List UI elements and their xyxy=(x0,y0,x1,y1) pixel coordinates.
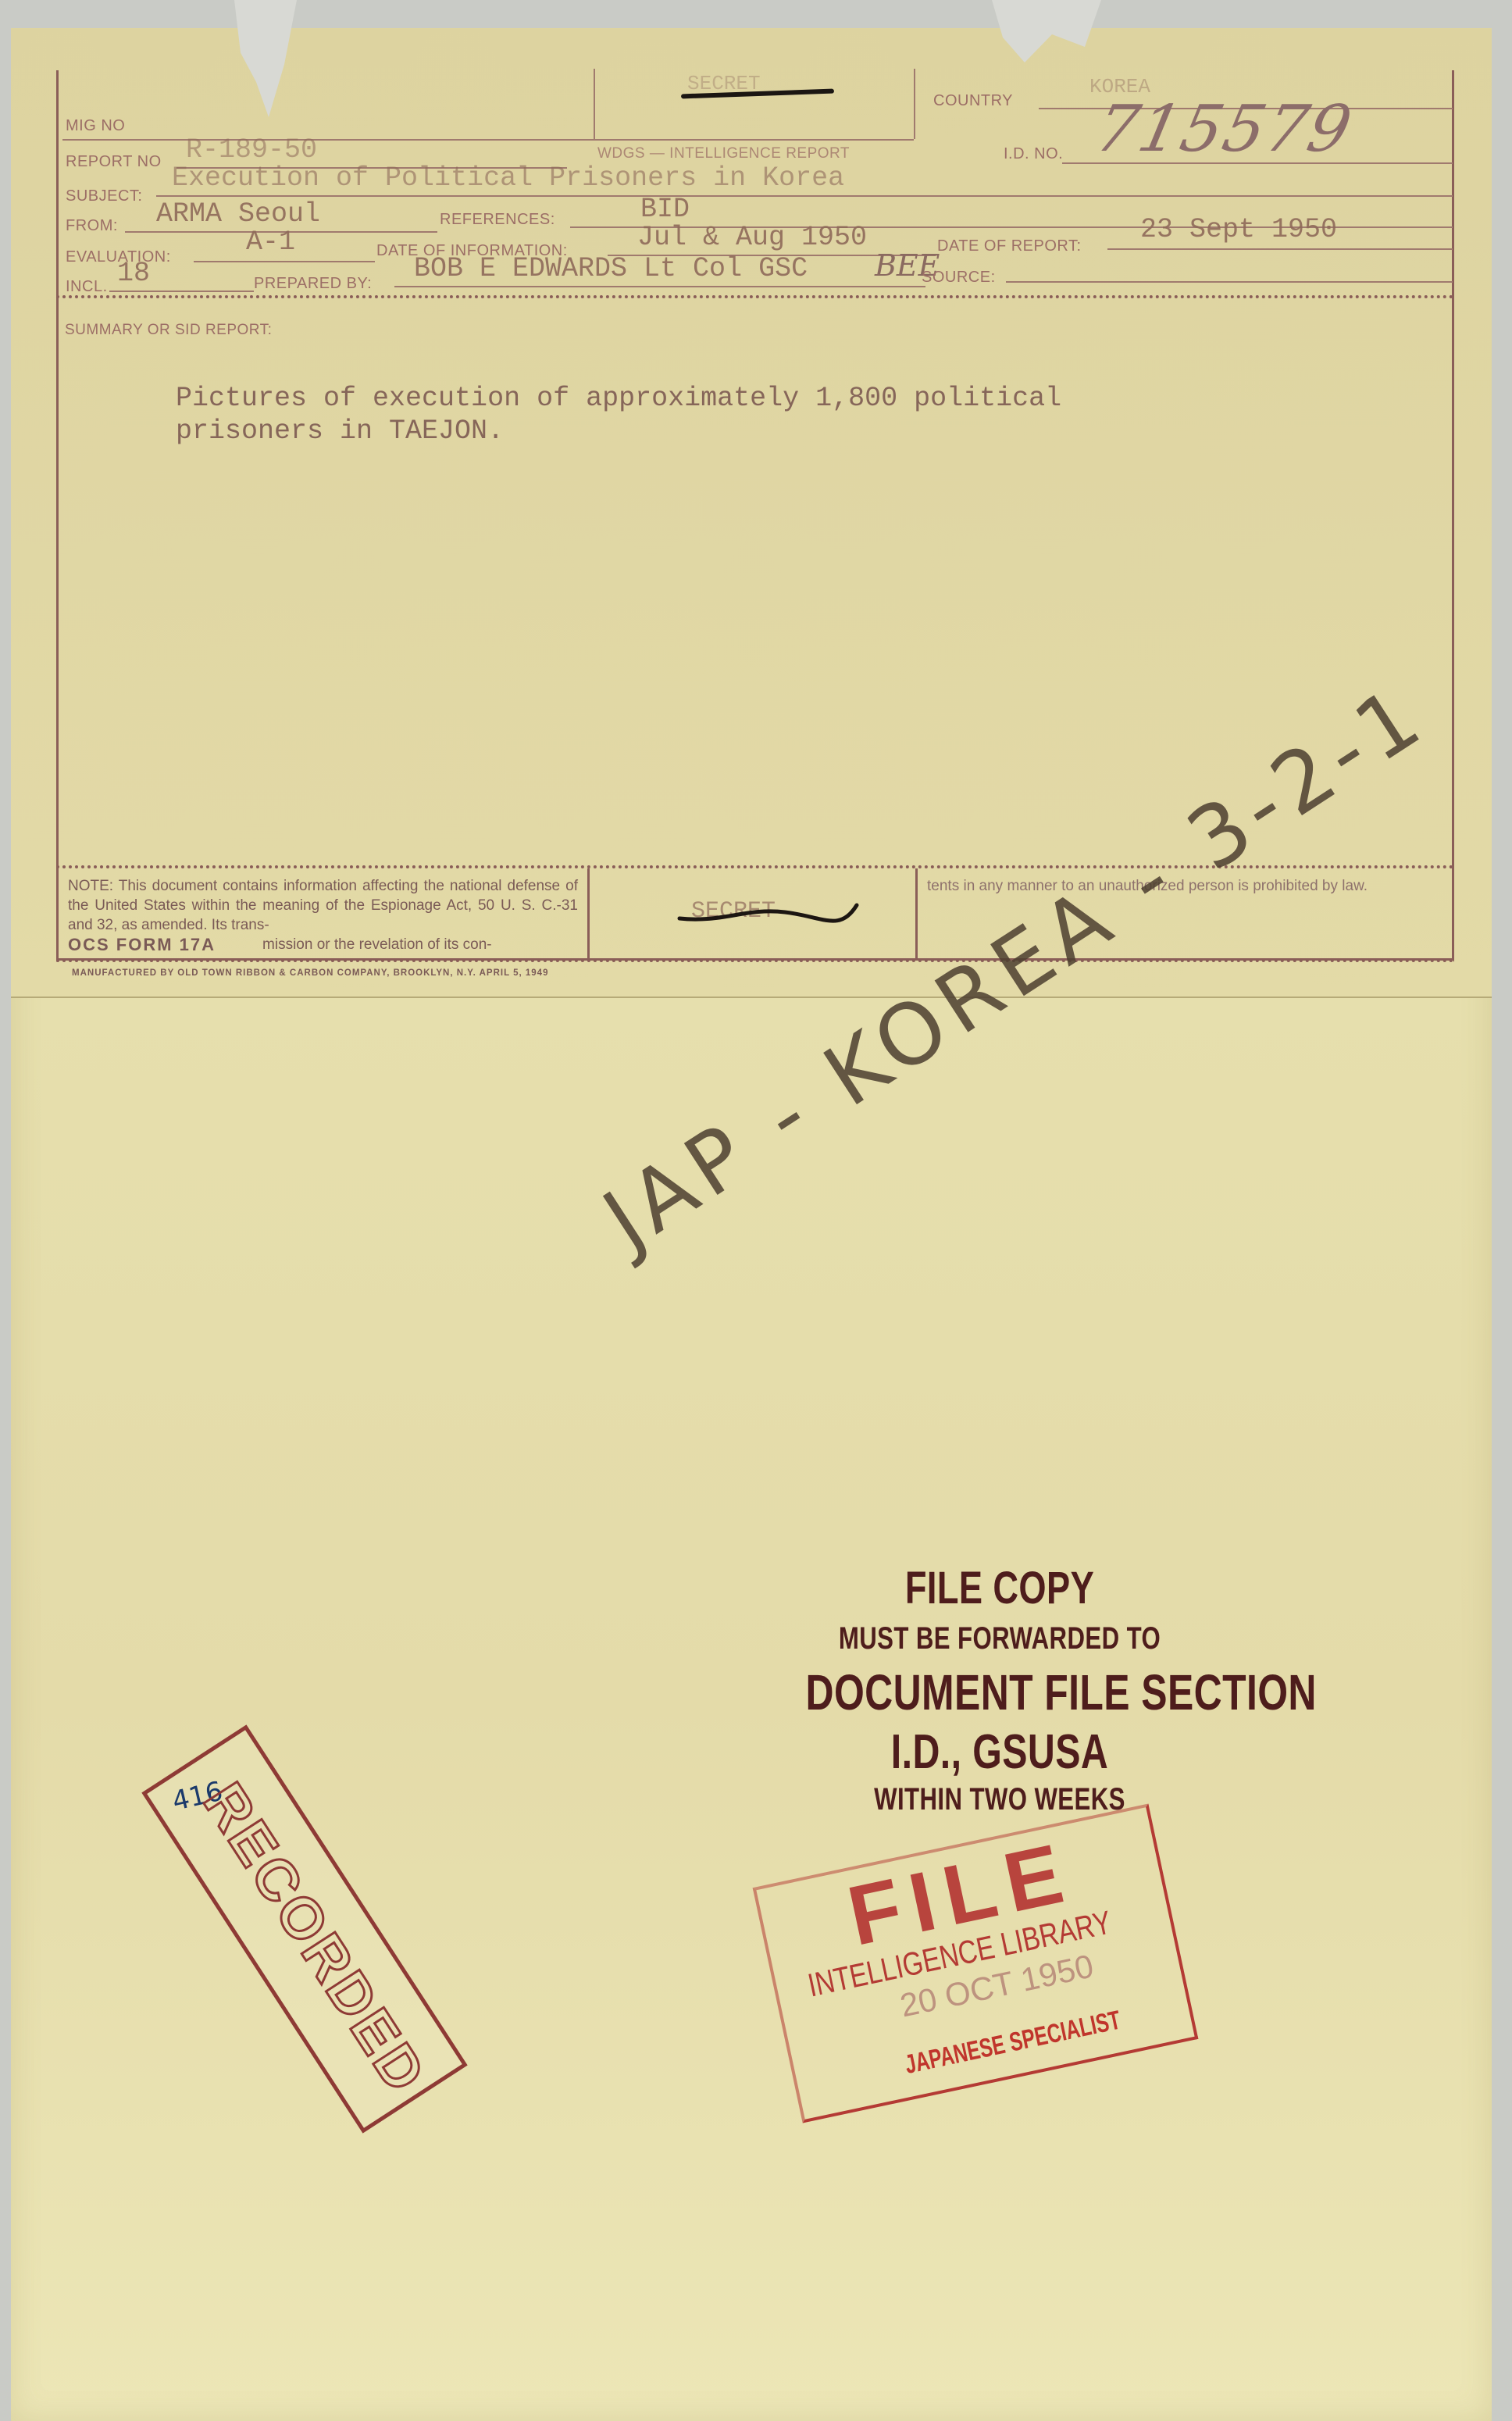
form-heading: WDGS — INTELLIGENCE REPORT xyxy=(597,145,850,162)
prepared-by-value: BOB E EDWARDS Lt Col GSC xyxy=(414,253,808,284)
form-id: OCS FORM 17A xyxy=(68,935,216,955)
id-no-label: I.D. NO. xyxy=(1004,145,1063,163)
evaluation-value: A-1 xyxy=(246,226,295,258)
notice-left-tail: mission or the revelation of its con- xyxy=(262,935,492,955)
form-rule xyxy=(1062,162,1453,164)
mig-no-label: MIG NO xyxy=(66,117,125,135)
file-copy-line3: DOCUMENT FILE SECTION xyxy=(806,1663,1202,1721)
box-divider xyxy=(914,69,915,139)
from-label: FROM: xyxy=(66,217,118,235)
id-no-value: 715579 xyxy=(1089,92,1359,166)
security-notice: NOTE: This document contains information… xyxy=(56,865,1454,962)
report-no-label: REPORT NO xyxy=(66,153,162,171)
country-label: COUNTRY xyxy=(933,92,1013,110)
form-rule xyxy=(1107,248,1453,250)
notice-left-footer: OCS FORM 17A mission or the revelation o… xyxy=(68,935,492,955)
summary-text-line2: prisoners in TAEJON. xyxy=(176,415,504,447)
box-divider xyxy=(594,69,595,139)
file-copy-line4: I.D., GSUSA xyxy=(865,1724,1133,1780)
references-label: REFERENCES: xyxy=(440,211,555,229)
date-of-report-value: 23 Sept 1950 xyxy=(1140,214,1337,245)
report-no-value: R-189-50 xyxy=(186,134,317,166)
form-rule xyxy=(109,291,254,292)
file-copy-title: FILE COPY xyxy=(872,1562,1128,1614)
prepared-by-label: PREPARED BY: xyxy=(254,275,372,293)
form-rule xyxy=(394,286,925,287)
strike-through-mark xyxy=(676,901,863,932)
date-of-report-label: DATE OF REPORT: xyxy=(937,237,1082,255)
form-rule xyxy=(156,195,1453,197)
subject-label: SUBJECT: xyxy=(66,187,142,205)
date-of-information-value: Jul & Aug 1950 xyxy=(637,222,867,253)
incl-label: INCL. xyxy=(66,278,108,296)
source-label: SOURCE: xyxy=(922,269,996,287)
manufacturer-line: Manufactured by Old Town Ribbon & Carbon… xyxy=(72,968,548,978)
form-rule xyxy=(194,261,375,262)
summary-label: SUMMARY OR SID REPORT: xyxy=(65,322,272,339)
incl-value: 18 xyxy=(117,258,150,289)
form-rule xyxy=(1006,281,1453,283)
references-value: BID xyxy=(640,194,690,225)
from-value: ARMA Seoul xyxy=(156,198,320,230)
notice-left-cell: NOTE: This document contains information… xyxy=(59,868,590,959)
summary-text-line1: Pictures of execution of approximately 1… xyxy=(176,383,1061,414)
notice-left-text: NOTE: This document contains information… xyxy=(59,868,587,935)
notice-center-cell: SECRET xyxy=(590,868,918,959)
file-copy-line2: MUST BE FORWARDED TO xyxy=(829,1621,1171,1656)
subject-value: Execution of Political Prisoners in Kore… xyxy=(172,162,844,194)
